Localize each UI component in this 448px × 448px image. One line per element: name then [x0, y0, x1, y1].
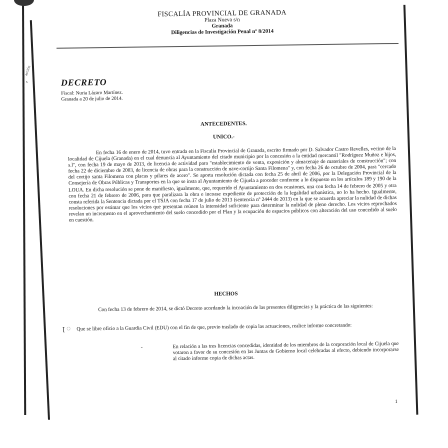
hechos-text: Con fecha 13 de febrero de 2014, se dict… — [98, 303, 373, 313]
page-number: 1 — [395, 400, 398, 405]
document-page: FISCALÍA PROVINCIAL DE GRANADA Plaza Nue… — [36, 5, 414, 430]
unico-heading: UNICO.- — [38, 132, 410, 143]
header-divider — [57, 43, 399, 49]
binder-line — [22, 0, 26, 415]
antecedentes-heading: ANTECEDENTES. — [38, 119, 410, 130]
bullet-item: ꞁ ◌Que se libre oficio a la Guardia Civi… — [62, 321, 398, 333]
document-meta: Fiscal: Nuria Lázaro Martínez. Granada a… — [61, 91, 123, 104]
sub-item-text: En relación a las tres licencias concedi… — [173, 341, 399, 362]
handwritten-mark-icon: ꞁ ◌ — [62, 326, 70, 332]
unico-text: En fecha 16 de enero de 2014, tuvo entra… — [68, 146, 397, 224]
dash-bullet: - — [141, 345, 143, 351]
page-edge-left — [30, 20, 50, 420]
document-date: Granada a 20 de julio de 2014. — [61, 97, 123, 104]
letterhead: FISCALÍA PROVINCIAL DE GRANADA Plaza Nue… — [36, 7, 408, 38]
unico-paragraph: En fecha 16 de enero de 2014, tuvo entra… — [68, 146, 397, 224]
hechos-paragraph: Con fecha 13 de febrero de 2014, se dict… — [70, 303, 398, 314]
bullet-text: Que se libre oficio a la Guardia Civil (… — [77, 323, 352, 333]
hechos-heading: HECHOS — [40, 289, 412, 300]
document-title: DECRETO — [61, 77, 107, 88]
page-edge-right — [403, 5, 417, 415]
binder-clip — [14, 0, 34, 6]
margin-note-2: s — [26, 79, 28, 84]
